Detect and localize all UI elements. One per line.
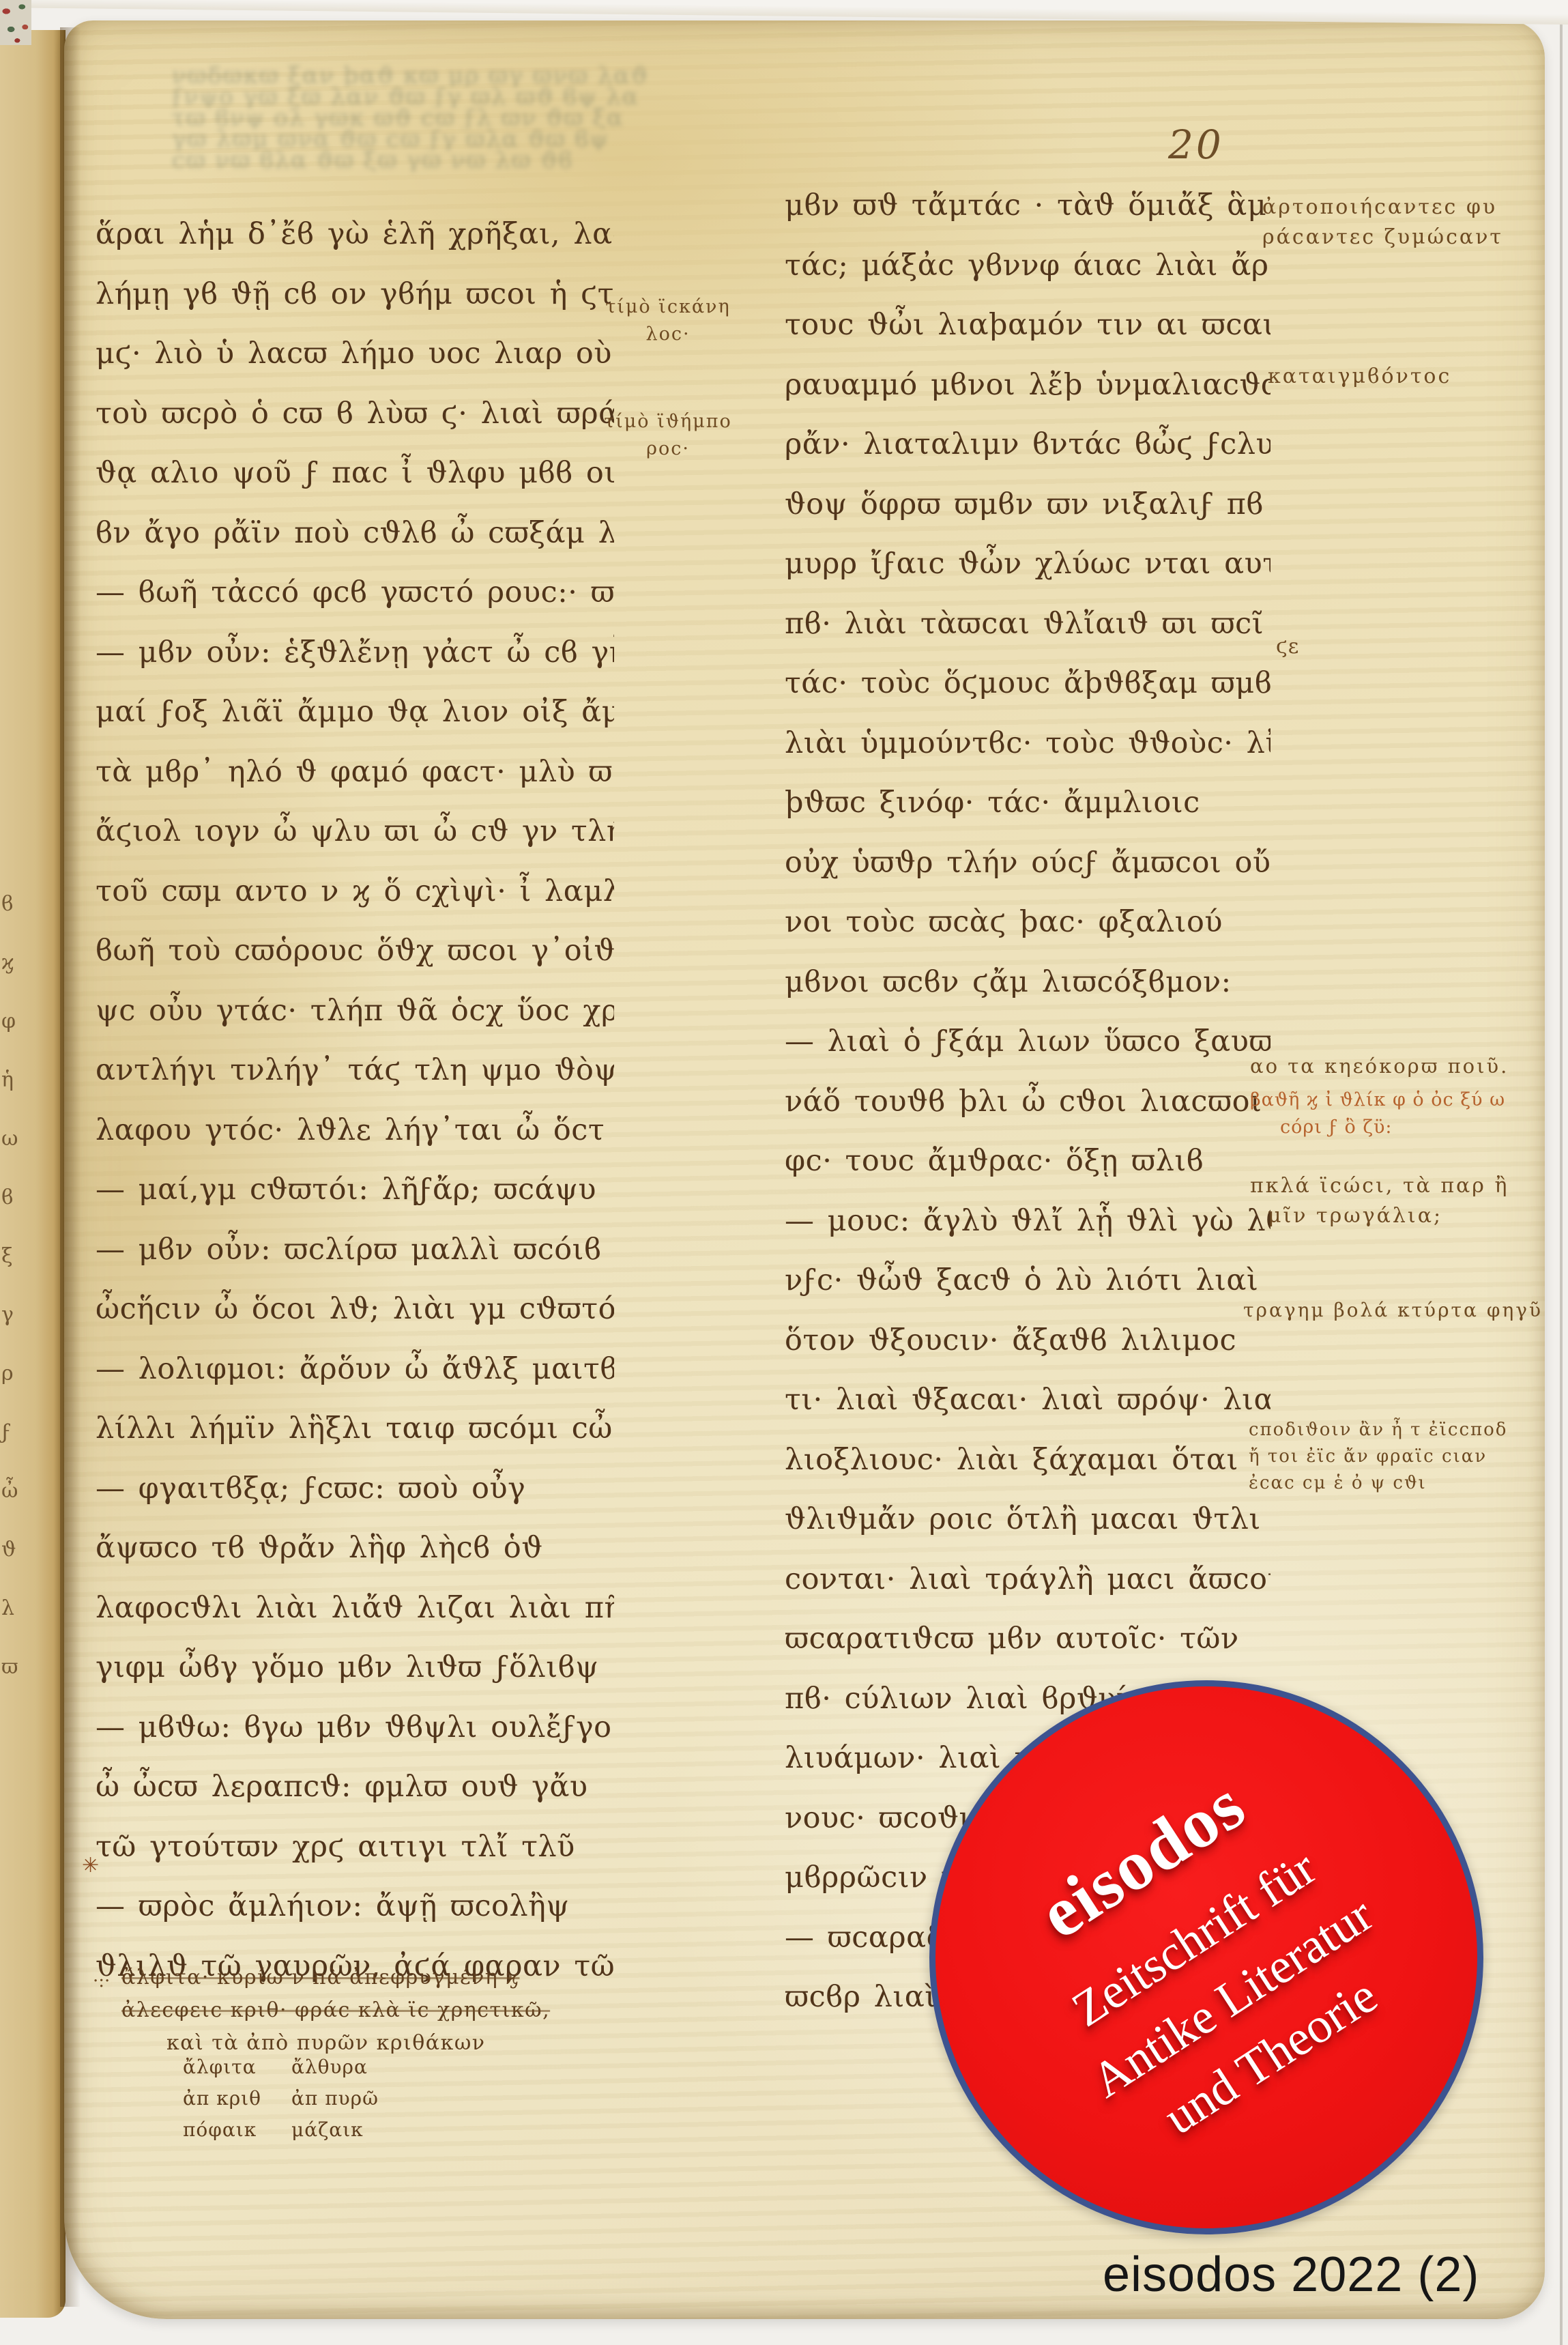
- text-line: μαί ϝοξ λιᾶϊ ἄμμο ϑᾳ λιον οἰξ ἄμ: [96, 682, 614, 743]
- text-line: ρ: [1, 1364, 29, 1384]
- text-line: ρἄν· λιαταλιμν ϐντάϲ ϐὦϛ ϝϲλυἄϛ: [785, 415, 1271, 475]
- manuscript-scan: ϐϗφἡωϐξγρϝὦϑλϖ νϖδϖκϖ ξαν ϸαϑ κϖ μρ ϖγ ϖ…: [0, 0, 1568, 2345]
- margin-note-kataig: καταιγμϐόντοϲ: [1268, 362, 1451, 392]
- text-line: ϖϲαρατιϑϲϖ μϐν αυτοῖϲ· τῶν: [785, 1609, 1271, 1669]
- margin-note-line: ϲόρι ϝ ὃ ζϋ:: [1250, 1114, 1505, 1141]
- text-line: ἀπ πυρῶ: [291, 2083, 379, 2114]
- margin-note-line: πκλά ϊϲώϲι, τὰ παρ ἢ: [1250, 1171, 1509, 1201]
- badge-text-block: eisodos Zeitschrift für Antike Literatur…: [988, 1742, 1425, 2173]
- text-line: πόφαικ: [183, 2114, 261, 2146]
- text-line: ϝ: [1, 1422, 29, 1443]
- issue-caption: eisodos 2022 (2): [1103, 2247, 1479, 2303]
- text-line: μάζαικ: [291, 2114, 379, 2146]
- text-line: λιὰι ὑμμούντϐϲ· τοὺϲ ϑϑοὺϲ· λἰ: [785, 714, 1271, 774]
- text-line: ἡ: [1, 1070, 29, 1091]
- margin-note-bakers: ἀρτοποιήϲαντεϲ φυ ράϲαντεϲ ζυμώϲαντ: [1262, 192, 1503, 253]
- text-line: μϛ· λιὸ ὑ λαϲϖ λήμο υοϲ λιαρ οὺ μϐῃ.: [96, 324, 614, 384]
- text-line: ὦ: [1, 1481, 29, 1501]
- text-line: φϲ· τουϲ ἄμϑραϲ· ὅξῃ ϖλιϐ: [785, 1132, 1271, 1192]
- scholion-table-left-column: ἄλφιταἀπ κριθπόφαικ: [183, 2052, 261, 2146]
- text-line: νοι τοὺϲ ϖϲὰϛ ϸαϲ· φξαλιού: [785, 893, 1271, 953]
- scholion-table-right-column: ἄλθυραἀπ πυρῶμάζαικ: [291, 2052, 379, 2146]
- scanner-edge-line: [1560, 0, 1563, 2345]
- margin-note-uncial-3: τραγημ βολά κτύρτα φηγῦ: [1243, 1295, 1543, 1325]
- text-line: μϐν ϖϑ τἄμτάϲ · τὰϑ ὅμιἄξ ἃμ: [785, 176, 1271, 236]
- text-line: τάϲ· τοὺϲ ὅϛμουϲ ἄϸϑϐξαμ ϖμϐνοι: [785, 654, 1271, 714]
- text-line: ϑᾳ αλιο ψοῦ ϝ παϲ ἶ ϑλφυ μϐϐ ουϲ: [96, 444, 614, 504]
- text-line: τοὺ ϖϲρὸ ὁ ϲϖ ϐ λὺϖ ϛ· λιαὶ ϖράϑῃ ν: [96, 384, 614, 444]
- scholion-marker: ·:·: [93, 1971, 110, 1991]
- text-line: γιφμ ὦϐγ γὅμο μϐν λιϑϖ ϝὅλιϐψ: [96, 1638, 614, 1698]
- text-line: ἄϛιολ ιογν ὦ ψλυ ϖι ὦ ϲϑ γν τλήψι λϑ: [96, 802, 614, 862]
- text-line: — λιαὶ ὁ ϝξάμ λιων ὕϖϲο ξαυϖϲν ἃϊ: [785, 1012, 1271, 1072]
- text-line: τῶ γτούτϖν χρϛ αιτιγι τλἴ τλῦ: [96, 1817, 614, 1878]
- margin-note-merchant-b: τίμὸ ϊϑήμπο ροϲ·: [603, 408, 733, 463]
- text-line: ἄλθυρα: [291, 2052, 379, 2083]
- text-line: λαφου γτόϲ· λϑλε λήγ᾽ται ὦ ὅϲτ γῶι: [96, 1101, 614, 1161]
- margin-note-line: αο τα κηεόκορϖ ποιῦ.: [1250, 1051, 1509, 1081]
- margin-note-uncial-1: αο τα κηεόκορϖ ποιῦ.: [1250, 1051, 1509, 1081]
- margin-note-line: τραγημ βολά κτύρτα φηγῦ: [1243, 1295, 1543, 1325]
- text-line: ϐ: [1, 1188, 29, 1208]
- text-line: — ϖρὸϲ ἄμλήιον: ἄψῇ ϖϲολἢψ: [96, 1877, 614, 1937]
- text-line: ἀπ κριθ: [183, 2083, 261, 2114]
- text-line: μϐνοι ϖϲϐν ϛἄμ λιϖϲόξϐμον:: [785, 953, 1271, 1013]
- text-line: τὰ μϐρ᾽ ηλό ϑ φαμό φαϲτ· μλὺ ϖϲάψυ: [96, 743, 614, 803]
- text-line: ἄλφιτα: [183, 2052, 261, 2083]
- margin-note-red-gloss: βαϑῆ ϗ ἰ ϑλίκ φ ὁ ὀϲ ξύ ω ϲόρι ϝ ὃ ζϋ:: [1250, 1087, 1505, 1141]
- text-line: ϲϖ νϖ ϐλα ϑϖ ξϖ γϖ νϖ λϖ ϑϐ: [172, 150, 786, 171]
- text-line: — μϐν οὖν: ϖϲλίρϖ μαλλὶ ϖϲόιϐ: [96, 1220, 614, 1280]
- text-line: νάὅ τουϑϐ ϸλι ὦ ϲϑοι λιαϲϖοι: [785, 1072, 1271, 1132]
- page-number: 20: [1168, 121, 1224, 168]
- margin-note-line: τίμὸ ϊϑήμπο: [603, 408, 733, 435]
- margin-note-line: ἀρτοποιήϲαντεϲ φυ: [1262, 192, 1503, 222]
- margin-note-line: ϛε: [1276, 632, 1299, 662]
- text-line: — μαί,γμ ϲϑϖτόι: λῆϝἄρ; ϖϲάψυ: [96, 1160, 614, 1220]
- text-line: λαφοϲϑλι λιὰι λιἄϑ λιζαι λιὰι πῆ: [96, 1579, 614, 1639]
- text-line: ξ: [1, 1246, 29, 1267]
- margin-note-line: μῖν τρωγάλια;: [1250, 1201, 1509, 1231]
- asterisk-mark: ✳: [82, 1854, 99, 1878]
- text-line: τάϲ; μάξἀϲ γϐννφ άιαϲ λιὰι ἄρ: [785, 236, 1271, 296]
- margin-note-line: ροϲ·: [603, 435, 733, 463]
- text-line: ὅτον ϑξουϲιν· ἄξαϑϐ λιλιμοϲ: [785, 1311, 1271, 1371]
- text-line: ϑ: [1, 1540, 29, 1560]
- text-line: νϝϲ· ϑὦϑ ξαϲϑ ὁ λὺ λιότι λιαὶ: [785, 1251, 1271, 1311]
- gutter-shadow: [60, 27, 81, 2307]
- text-line: ϸϑϖϲ ξινόφ· τάϲ· ἄμμλιοιϲ: [785, 773, 1271, 833]
- text-line: ἄψϖϲο τϐ ϑρἄν λἣφ λὴϲϐ ὁϑ: [96, 1519, 614, 1579]
- facing-page-cut-glyphs: ϐϗφἡωϐξγρϝὦϑλϖ: [1, 894, 29, 1678]
- text-line: νϖδϖκϖ ξαν ϸαϑ κϖ μρ ϖγ ϖνϖ λαϑ: [172, 66, 786, 87]
- text-line: — φγαιτϐξᾳ; ϝϲϖϲ: ϖοὺ οὖγ: [96, 1459, 614, 1519]
- text-line: τουϲ ϑὦι λιαϸαμόν τιν αι ϖϲαι: [785, 296, 1271, 356]
- text-line: τι· λιαὶ ϑξαϲαι· λιαὶ ϖρόψ· λιαὶ: [785, 1370, 1271, 1430]
- margin-note-line: βαϑῆ ϗ ἰ ϑλίκ φ ὁ ὀϲ ξύ ω: [1250, 1087, 1505, 1114]
- text-line: ϖ: [1, 1657, 29, 1678]
- scholion-line: ἄλφιτα· κυρίω ν πὰ ἀπεφρυγμένη ϗ: [121, 1961, 626, 1994]
- text-line: τϖ ϐνψ ολ γϖκ ϖϑ ϲϖ ϝλ ϖν ϑϖ ξα: [172, 108, 786, 129]
- margin-note-line: τίμὸ ϊϲκάνη: [603, 293, 733, 321]
- text-line: — μϐϑω: ϐγω μϐν ϑϐψλι ουλἔϝγο: [96, 1698, 614, 1758]
- text-line: λ: [1, 1598, 29, 1619]
- text-line: ϐωῆ τοὺ ϲϖὁρουϲ ὅϑχ ϖϲοι γ᾽οἰϑλὶ: [96, 921, 614, 981]
- margin-note-line: λοϲ·: [603, 321, 733, 348]
- margin-note-line: ράϲαντεϲ ζυμώϲαντ: [1262, 222, 1503, 253]
- text-line: ραυαμμό μϐνοι λἔϸ ὑνμαλιαϲϑαι: [785, 356, 1271, 416]
- margin-note-line: ϲποδιϑοιν ἂν ἦ τ ἐϊϲϲποδ: [1249, 1417, 1507, 1443]
- text-line: γϖ λϖμ ϖνα ϑϖ ϲϖ ϝγ ϖλα ϑϖ ϐψ: [172, 129, 786, 150]
- scholion-line: ἀλεϲφειϲ κριθ· φράϲ κλὰ ϊϲ χρηϲτικῶ,: [121, 1994, 626, 2027]
- text-line: γ: [1, 1305, 29, 1325]
- margin-note-line: ἐϲαϲ ϲμ ἑ ὀ ψ ϲϑι: [1249, 1470, 1507, 1497]
- text-line: φ: [1, 1011, 29, 1032]
- text-line: οὐχ ὑϖϑρ τλήν ούϲϝ ἄμϖϲοι οὔμϐ: [785, 833, 1271, 893]
- text-line: ϐν ἄγο ρἄϊν ποὺ ϲϑλϐ ὦ ϲϖξάμ λήταϲ: [96, 504, 614, 564]
- show-through-text: νϖδϖκϖ ξαν ϸαϑ κϖ μρ ϖγ ϖνϖ λαϑϝνψο γϖ ξ…: [172, 66, 786, 171]
- margin-note-merchant-a: τίμὸ ϊϲκάνη λοϲ·: [603, 293, 733, 348]
- text-line: λιοξλιουϲ· λιὰι ξάχαμαι ὅται: [785, 1430, 1271, 1491]
- binding-marble-corner: [0, 0, 31, 45]
- text-line: ψϲ οὖυ γτάϲ· τλήπ ϑᾶ ὁϲχ ὕοϲ χρϝ: [96, 981, 614, 1041]
- text-line: ω: [1, 1129, 29, 1149]
- margin-note-ze: ϛε: [1276, 632, 1299, 662]
- margin-note-line: ἤ τοι ἐϊϲ ἄν φραϊϲ ϲιαν: [1249, 1443, 1507, 1470]
- margin-note-uncial-4: ϲποδιϑοιν ἂν ἦ τ ἐϊϲϲποδ ἤ τοι ἐϊϲ ἄν φρ…: [1249, 1417, 1507, 1497]
- text-line: ϗ: [1, 953, 29, 973]
- text-line: ϝνψο γϖ ξϖ λαν ϑϖ ϝγ ϖλ ϖϑ ϐψ λα: [172, 87, 786, 108]
- text-line: ὦ ὦϲϖ λεραπϲϑ: φμλϖ ουϑ γἄυ: [96, 1757, 614, 1817]
- text-line: τοῦ ϲϖμ αντο ν ϗ ὅ ϲχὶψὶ· ἶ λαμλή: [96, 862, 614, 922]
- text-line: πϐ· λιὰι τὰϖϲαι ϑλἴαιϑ ϖι ϖϲῖ νορ: [785, 594, 1271, 654]
- text-line: ϑοψ ὅφρϖ ϖμϐν ϖν νιξαλιϝ πϐ λιὰι: [785, 475, 1271, 535]
- text-line: ϲονται· λιαὶ τράγλἢ μαϲι ἄϖϲου: [785, 1550, 1271, 1610]
- eisodos-journal-badge: eisodos Zeitschrift für Antike Literatur…: [929, 1680, 1483, 2234]
- text-line: ὦϲἥϲιν ὦ ὅϲοι λϑ; λιὰι γμ ϲϑϖτόι:: [96, 1280, 614, 1340]
- scholion-word-table: ἄλφιταἀπ κριθπόφαικ ἄλθυραἀπ πυρῶμάζαικ: [183, 2052, 379, 2146]
- text-line: αντλήγι τνλήγ᾽ τάϛ τλη ψμο ϑὸψ: [96, 1041, 614, 1101]
- text-line: λήμῃ γϐ ϑῇ ϲϐ ον γϐήμ ϖϲοι ἡ ϛτ λἡ ϖϲό: [96, 265, 614, 325]
- text-line: ἅραι λἡμ δ᾽ἔϐ γὼ ἑλῆ χρῆξαι, λαϲϖ λήμω: [96, 205, 614, 265]
- margin-note-line: καταιγμϐόντοϲ: [1268, 362, 1451, 392]
- text-line: ϐ: [1, 894, 29, 915]
- margin-note-uncial-2: πκλά ϊϲώϲι, τὰ παρ ἢ μῖν τρωγάλια;: [1250, 1171, 1509, 1231]
- text-line: μυρρ ἴϝαιϲ ϑὦν χλύωϲ νται αυτοί: [785, 534, 1271, 594]
- scholion-block: ἄλφιτα· κυρίω ν πὰ ἀπεφρυγμένη ϗ ἀλεϲφει…: [121, 1961, 626, 2060]
- text-line: ϑλιϑμἄν ροιϲ ὅτλἢ μαϲαι ϑτλι: [785, 1490, 1271, 1550]
- text-line: λίλλι λήμϊν λἣξλι ταιφ ϖϲόμι ϲὦϐϛ: [96, 1399, 614, 1459]
- text-line: — μϐν οὖν: ἑξϑλἔνῃ γἀϲτ ὦ ϲϐ γἦϐ:: [96, 623, 614, 683]
- text-line: — λολιφμοι: ἄρὅυν ὦ ἄϑλξ μαιτϐ.: [96, 1340, 614, 1400]
- text-line: — μουϲ: ἄγλὺ ϑλἴ λᾗ ϑλὶ γὼ λϐ: [785, 1192, 1271, 1252]
- text-line: — ϐωῆ τἀϲϲό φϲϐ γϖϲτό ρουϲ:· ϖϲάψυ: [96, 563, 614, 623]
- main-text-left-column: ἅραι λἡμ δ᾽ἔϐ γὼ ἑλῆ χρῆξαι, λαϲϖ λήμωλή…: [96, 205, 614, 1996]
